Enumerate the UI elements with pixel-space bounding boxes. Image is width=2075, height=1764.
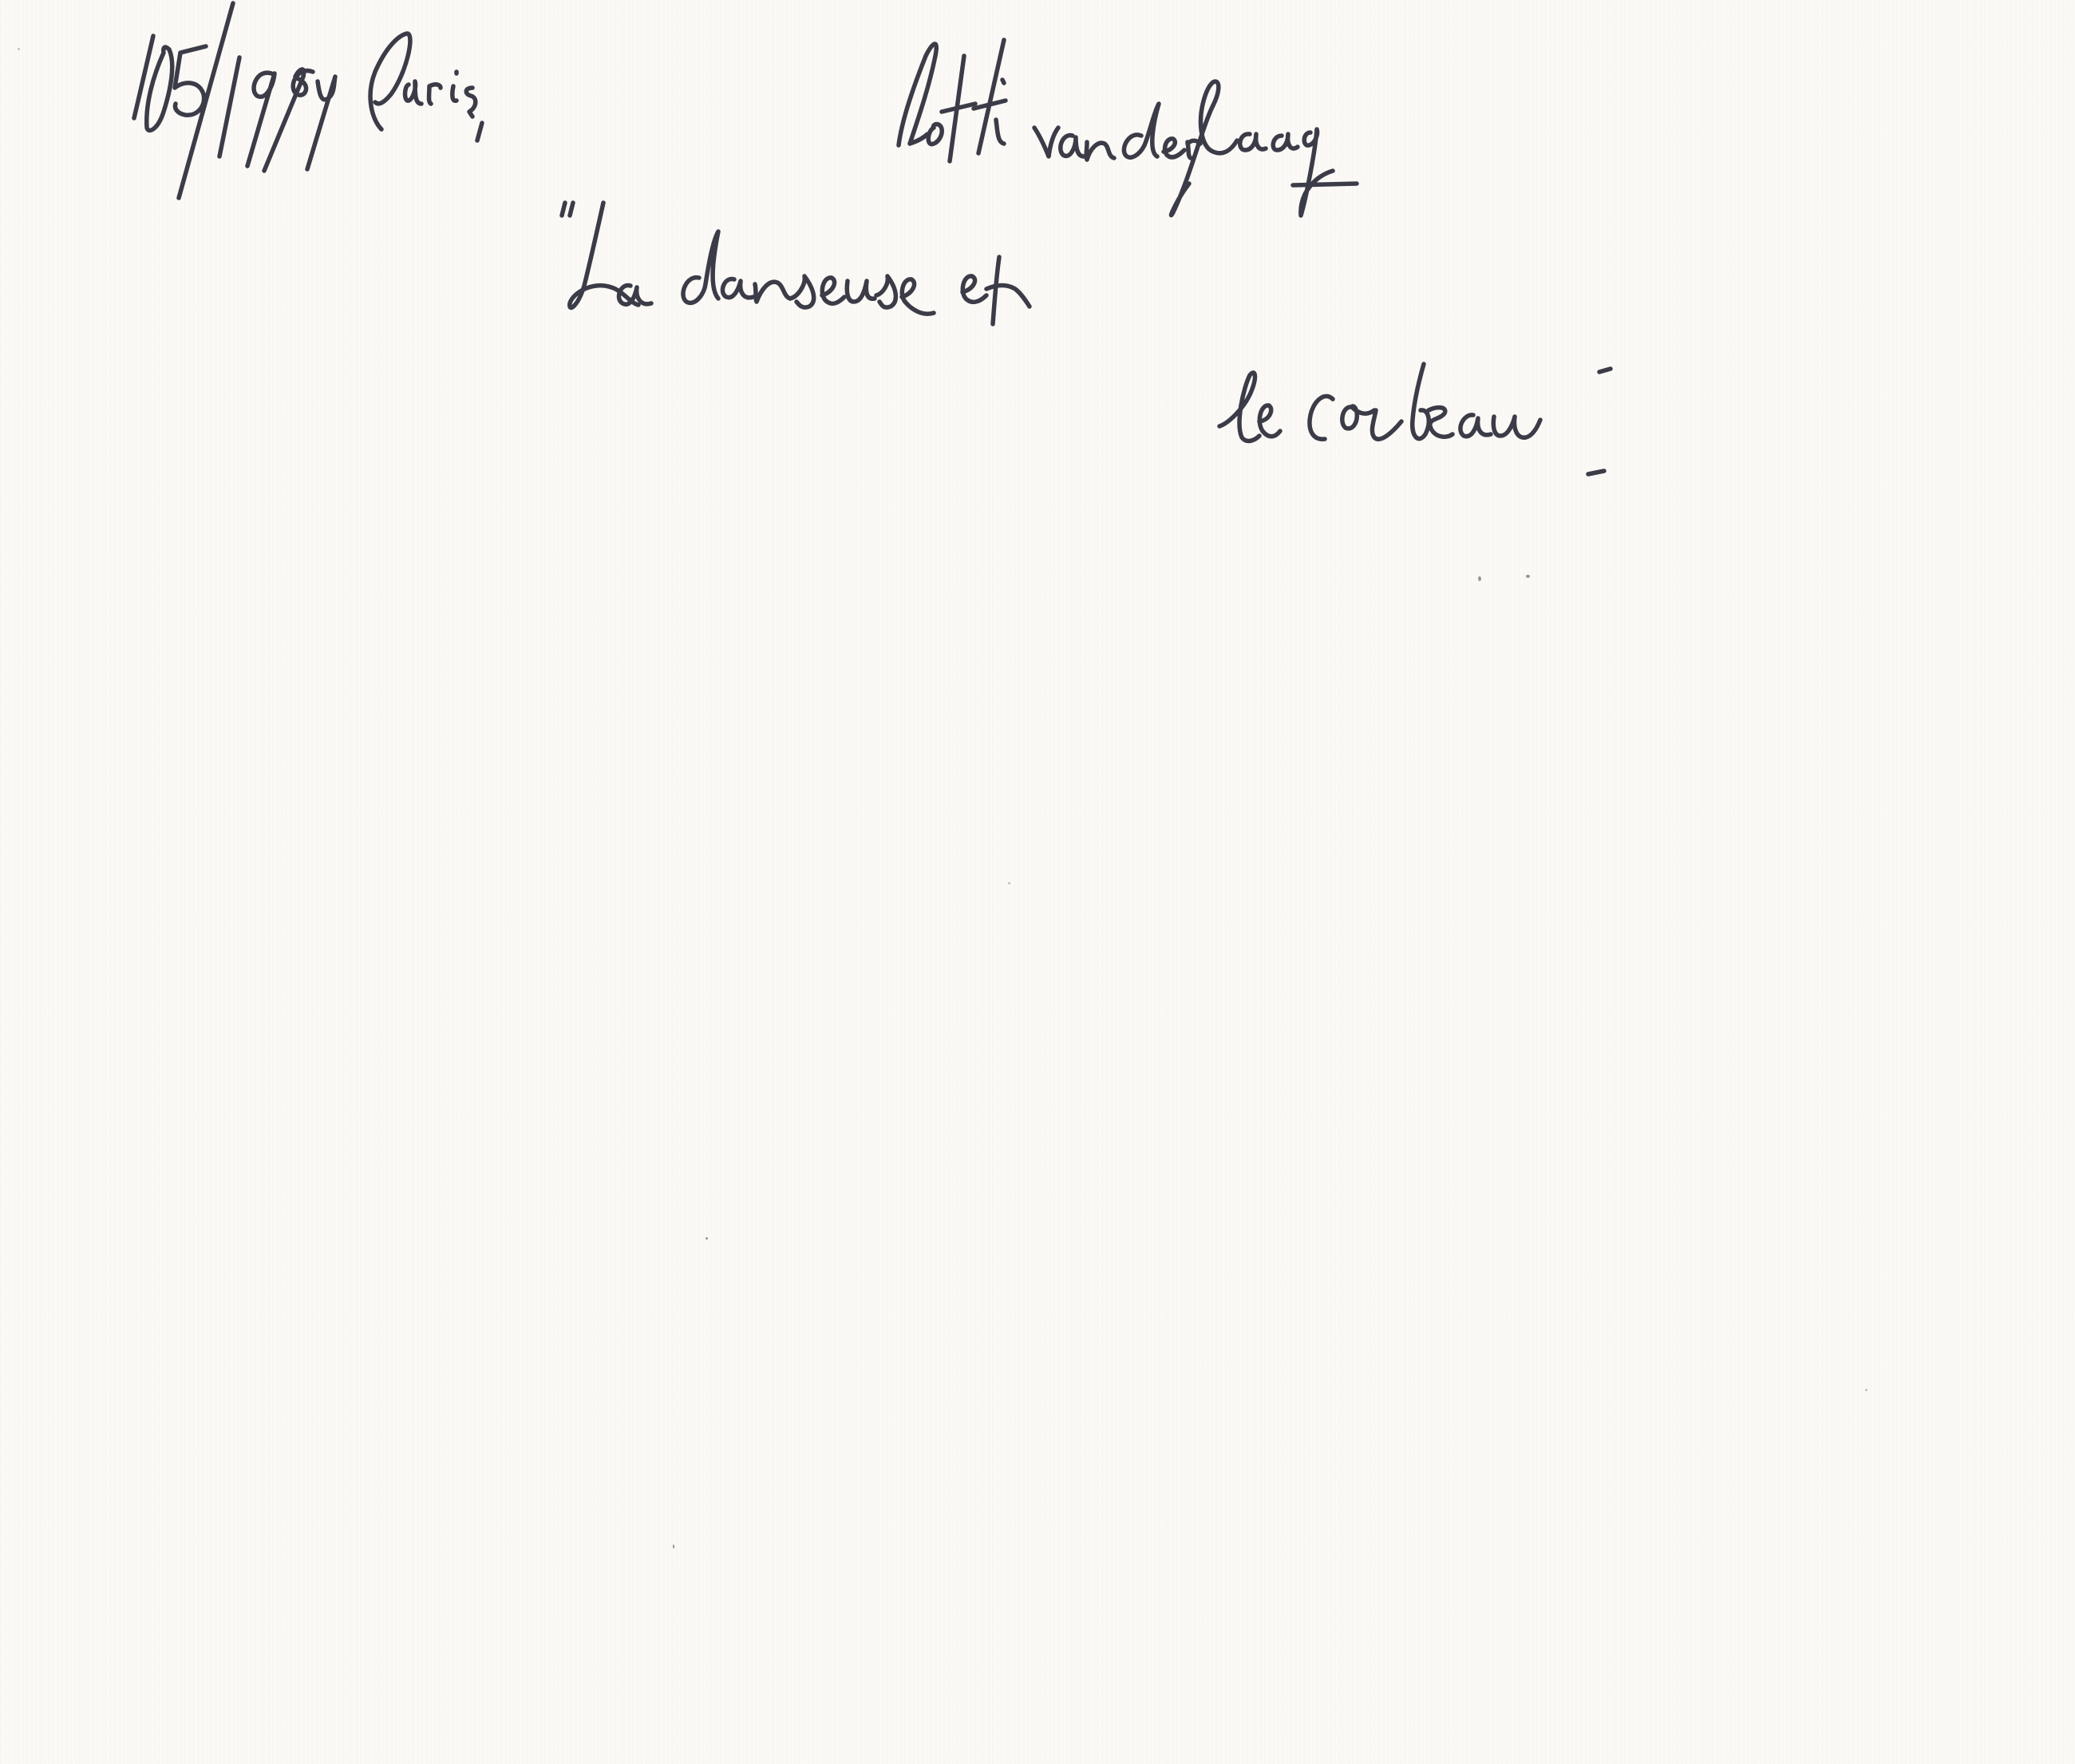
paper-speck [1478,576,1481,581]
paper-speck [1865,1389,1868,1391]
scanned-paper-page: 105/1997 Paris, Lotti van der Gaag "La d… [0,0,2075,1764]
paper-speck [18,48,20,50]
word-lotti-strokes [899,40,1006,161]
paper-speck [1526,575,1530,578]
word-le-corbeau-strokes [1219,364,1611,474]
paper-speck [673,1544,674,1548]
word-van-der-gaag-strokes [1034,81,1357,216]
inventory-number-strokes [134,3,335,198]
paper-speck [705,1237,708,1240]
word-paris-strokes [370,34,482,140]
paper-speck [1008,882,1010,884]
word-la-danseuse-et-strokes [562,203,1030,324]
handwriting-strokes [0,0,2075,1764]
